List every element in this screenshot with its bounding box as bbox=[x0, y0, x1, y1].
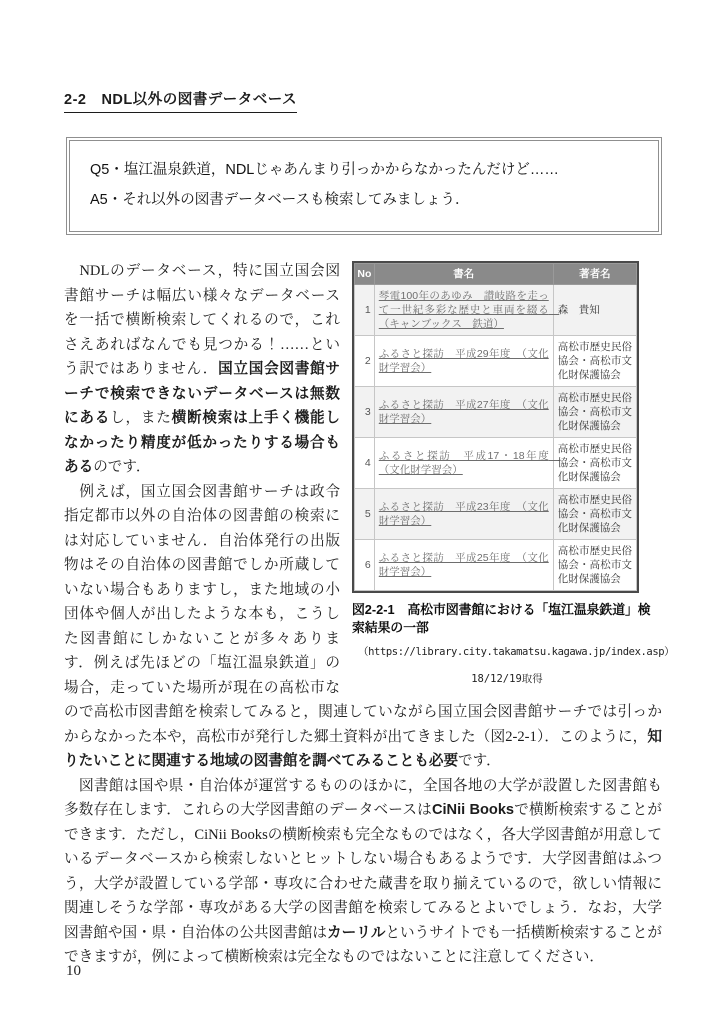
table-row: 5 ふるさと探訪 平成23年度 （文化財学習会） 高松市歴史民俗協会・高松市文化… bbox=[355, 489, 637, 540]
section-heading: 2-2 NDL以外の図書データベース bbox=[64, 88, 297, 113]
page-number: 10 bbox=[66, 963, 81, 980]
book-title-link: ふるさと探訪 平成27年度 （文化財学習会） bbox=[379, 399, 549, 425]
paragraph-bold-text: CiNii Books bbox=[432, 802, 514, 818]
row-number: 3 bbox=[355, 387, 375, 438]
author-cell: 高松市歴史民俗協会・高松市文化財保護協会 bbox=[553, 489, 636, 540]
col-header-author: 著者名 bbox=[553, 264, 636, 285]
table-row: 4 ふるさと探訪 平成17・18年度 （文化財学習会） 高松市歴史民俗協会・高松… bbox=[355, 438, 637, 489]
figure-source-url: （https://library.city.takamatsu.kagawa.j… bbox=[352, 640, 662, 665]
book-title-cell: ふるさと探訪 平成17・18年度 （文化財学習会） bbox=[374, 438, 553, 489]
paragraph-text: で横断検索することができます．ただし，CiNii Booksの横断検索も完全なも… bbox=[64, 802, 662, 941]
paragraph-text: のです． bbox=[93, 459, 150, 475]
qa-answer: A5・それ以外の図書データベースも検索してみましょう． bbox=[90, 189, 638, 211]
page-content: 2-2 NDL以外の図書データベース Q5・塩江温泉鉄道，NDLじゃあんまり引っ… bbox=[0, 0, 724, 970]
book-title-link: ふるさと探訪 平成29年度 （文化財学習会） bbox=[379, 348, 549, 374]
author-cell: 高松市歴史民俗協会・高松市文化財保護協会 bbox=[553, 387, 636, 438]
paragraph-bold-text: カーリル bbox=[327, 925, 385, 941]
figure-caption-block: 図2-2-1 高松市図書館における「塩江温泉鉄道」検索結果の一部 （https:… bbox=[352, 601, 662, 691]
search-results-table: No 書名 著者名 1 琴電100年のあゆみ 讃岐路を走って一世紀多彩な歴史と車… bbox=[354, 263, 637, 591]
row-number: 1 bbox=[355, 285, 375, 336]
author-cell: 高松市歴史民俗協会・高松市文化財保護協会 bbox=[553, 336, 636, 387]
col-header-no: No bbox=[355, 264, 375, 285]
table-header-row: No 書名 著者名 bbox=[355, 264, 637, 285]
figure-retrieved-date: 18/12/19取得 bbox=[352, 667, 662, 692]
figure-2-2-1: No 書名 著者名 1 琴電100年のあゆみ 讃岐路を走って一世紀多彩な歴史と車… bbox=[352, 261, 662, 691]
book-title-cell: ふるさと探訪 平成27年度 （文化財学習会） bbox=[374, 387, 553, 438]
author-cell: 高松市歴史民俗協会・高松市文化財保護協会 bbox=[553, 438, 636, 489]
book-title-cell: ふるさと探訪 平成29年度 （文化財学習会） bbox=[374, 336, 553, 387]
qa-question: Q5・塩江温泉鉄道，NDLじゃあんまり引っかからなかったんだけど…… bbox=[90, 159, 638, 181]
book-title-cell: 琴電100年のあゆみ 讃岐路を走って一世紀多彩な歴史と車両を綴る （キャンブック… bbox=[374, 285, 553, 336]
book-title-cell: ふるさと探訪 平成23年度 （文化財学習会） bbox=[374, 489, 553, 540]
body-text: No 書名 著者名 1 琴電100年のあゆみ 讃岐路を走って一世紀多彩な歴史と車… bbox=[64, 259, 662, 970]
table-row: 1 琴電100年のあゆみ 讃岐路を走って一世紀多彩な歴史と車両を綴る （キャンブ… bbox=[355, 285, 637, 336]
qa-box: Q5・塩江温泉鉄道，NDLじゃあんまり引っかからなかったんだけど…… A5・それ… bbox=[66, 137, 662, 235]
author-cell: 高松市歴史民俗協会・高松市文化財保護協会 bbox=[553, 540, 636, 591]
book-title-link: ふるさと探訪 平成25年度 （文化財学習会） bbox=[379, 552, 549, 578]
table-row: 2 ふるさと探訪 平成29年度 （文化財学習会） 高松市歴史民俗協会・高松市文化… bbox=[355, 336, 637, 387]
row-number: 5 bbox=[355, 489, 375, 540]
book-title-cell: ふるさと探訪 平成25年度 （文化財学習会） bbox=[374, 540, 553, 591]
paragraph-text: NDLのデータベース，特に国立国会図書館サーチは幅広い様々なデータベースを一括で… bbox=[64, 263, 340, 377]
paragraph-text: し，また bbox=[110, 410, 172, 426]
author-cell: 森 貴知 bbox=[553, 285, 636, 336]
book-title-link: 琴電100年のあゆみ 讃岐路を走って一世紀多彩な歴史と車両を綴る （キャンブック… bbox=[379, 290, 559, 330]
table-row: 3 ふるさと探訪 平成27年度 （文化財学習会） 高松市歴史民俗協会・高松市文化… bbox=[355, 387, 637, 438]
row-number: 4 bbox=[355, 438, 375, 489]
opac-screenshot: No 書名 著者名 1 琴電100年のあゆみ 讃岐路を走って一世紀多彩な歴史と車… bbox=[352, 261, 639, 593]
book-title-link: ふるさと探訪 平成17・18年度 （文化財学習会） bbox=[379, 450, 559, 476]
book-title-link: ふるさと探訪 平成23年度 （文化財学習会） bbox=[379, 501, 549, 527]
document-page: 2-2 NDL以外の図書データベース Q5・塩江温泉鉄道，NDLじゃあんまり引っ… bbox=[0, 0, 724, 1024]
col-header-title: 書名 bbox=[374, 264, 553, 285]
paragraph-text: です． bbox=[458, 753, 501, 769]
row-number: 2 bbox=[355, 336, 375, 387]
row-number: 6 bbox=[355, 540, 375, 591]
paragraph-3: 図書館は国や県・自治体が運営するもののほかに，全国各地の大学が設置した図書館も多… bbox=[64, 774, 662, 970]
table-row: 6 ふるさと探訪 平成25年度 （文化財学習会） 高松市歴史民俗協会・高松市文化… bbox=[355, 540, 637, 591]
figure-caption: 図2-2-1 高松市図書館における「塩江温泉鉄道」検索結果の一部 bbox=[352, 601, 662, 637]
